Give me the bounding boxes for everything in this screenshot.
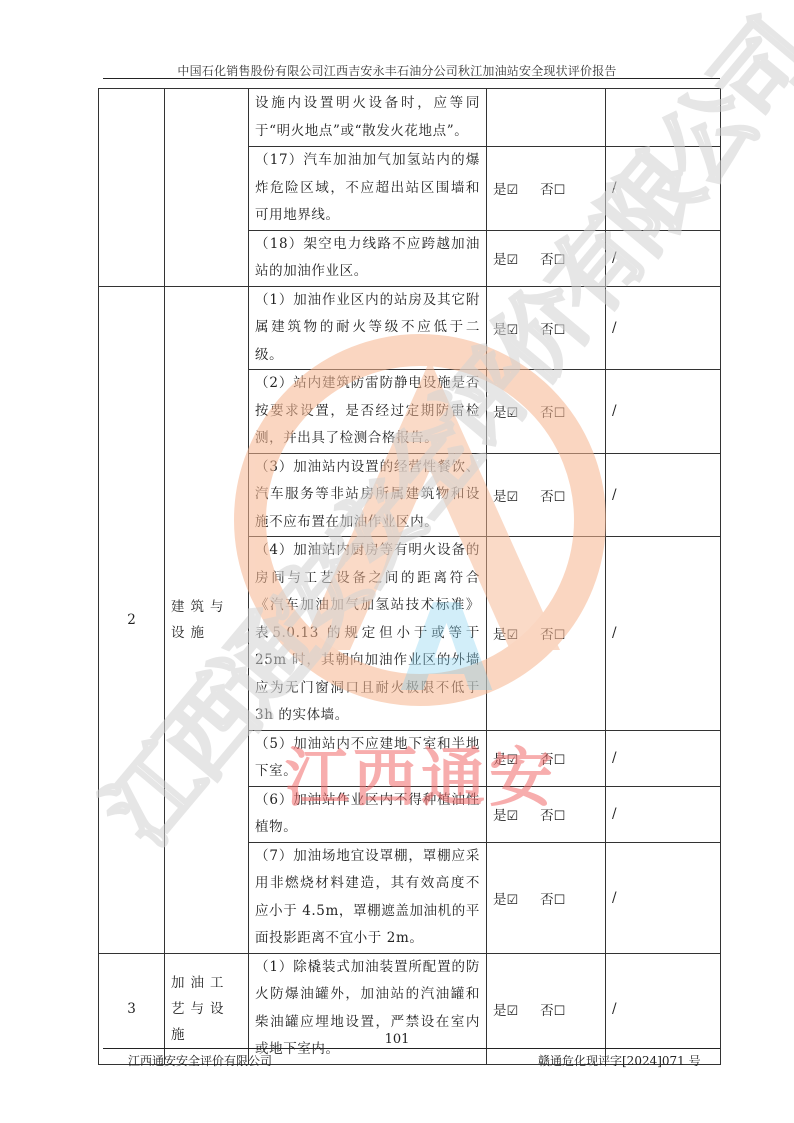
check-result: 是☑否☐ — [487, 786, 606, 842]
yes-label: 是 — [493, 892, 507, 908]
unchecked-box-icon[interactable]: ☐ — [554, 1004, 566, 1019]
unchecked-box-icon[interactable]: ☐ — [554, 628, 566, 643]
check-result: 是☑否☐ — [487, 230, 606, 286]
section-category: 建筑与设施 — [165, 286, 249, 953]
remark: / — [606, 786, 721, 842]
checked-box-icon[interactable]: ☑ — [507, 809, 519, 824]
remark: / — [606, 147, 721, 231]
unchecked-box-icon[interactable]: ☐ — [554, 323, 566, 338]
requirement-text: （3）加油站内设置的经营性餐饮、汽车服务等非站房所属建筑物和设施不应布置在加油作… — [249, 453, 487, 537]
checked-box-icon[interactable]: ☑ — [507, 323, 519, 338]
yes-label: 是 — [493, 1003, 507, 1019]
requirement-text: （17）汽车加油加气加氢站内的爆炸危险区域，不应超出站区围墙和可用地界线。 — [249, 147, 487, 231]
no-label: 否 — [540, 182, 554, 198]
yes-label: 是 — [493, 752, 507, 768]
report-header-title: 中国石化销售股份有限公司江西吉安永丰石油分公司秋江加油站安全现状评价报告 — [0, 62, 794, 79]
requirement-text: 设施内设置明火设备时，应等同于“明火地点”或“散发火花地点”。 — [249, 89, 487, 147]
checked-box-icon[interactable]: ☑ — [507, 893, 519, 908]
no-label: 否 — [540, 489, 554, 505]
requirement-text: （5）加油站内不应建地下室和半地下室。 — [249, 730, 487, 786]
check-result — [487, 89, 606, 147]
footer-divider — [103, 1048, 720, 1049]
unchecked-box-icon[interactable]: ☐ — [554, 406, 566, 421]
check-result: 是☑否☐ — [487, 537, 606, 731]
yes-label: 是 — [493, 252, 507, 268]
section-number: 2 — [99, 286, 165, 953]
remark: / — [606, 453, 721, 537]
checked-box-icon[interactable]: ☑ — [507, 1004, 519, 1019]
requirement-text: （4）加油站内厨房等有明火设备的房间与工艺设备之间的距离符合《汽车加油加气加氢站… — [249, 537, 487, 731]
header-divider — [103, 78, 720, 79]
remark — [606, 89, 721, 147]
remark: / — [606, 286, 721, 370]
requirement-text: （18）架空电力线路不应跨越加油站的加油作业区。 — [249, 230, 487, 286]
check-result: 是☑否☐ — [487, 453, 606, 537]
no-label: 否 — [540, 1003, 554, 1019]
evaluation-checklist-table: 设施内设置明火设备时，应等同于“明火地点”或“散发火花地点”。（17）汽车加油加… — [98, 88, 721, 1065]
checked-box-icon[interactable]: ☑ — [507, 753, 519, 768]
yes-label: 是 — [493, 182, 507, 198]
no-label: 否 — [540, 892, 554, 908]
yes-label: 是 — [493, 322, 507, 338]
requirement-text: （6）加油站作业区内不得种植油性植物。 — [249, 786, 487, 842]
footer-doc-number: 赣通危化现评字[2024]071 号 — [538, 1052, 701, 1069]
no-label: 否 — [540, 627, 554, 643]
check-result: 是☑否☐ — [487, 730, 606, 786]
remark: / — [606, 730, 721, 786]
check-result: 是☑否☐ — [487, 370, 606, 454]
remark: / — [606, 842, 721, 953]
checked-box-icon[interactable]: ☑ — [507, 490, 519, 505]
section-category — [165, 89, 249, 287]
remark: / — [606, 537, 721, 731]
footer-company: 江西通安安全评价有限公司 — [128, 1052, 272, 1069]
no-label: 否 — [540, 808, 554, 824]
remark: / — [606, 230, 721, 286]
unchecked-box-icon[interactable]: ☐ — [554, 753, 566, 768]
remark: / — [606, 370, 721, 454]
checked-box-icon[interactable]: ☑ — [507, 253, 519, 268]
no-label: 否 — [540, 322, 554, 338]
yes-label: 是 — [493, 808, 507, 824]
check-result: 是☑否☐ — [487, 842, 606, 953]
section-number — [99, 89, 165, 287]
table-row: 2建筑与设施（1）加油作业区内的站房及其它附属建筑物的耐火等级不应低于二级。是☑… — [99, 286, 721, 370]
unchecked-box-icon[interactable]: ☐ — [554, 490, 566, 505]
yes-label: 是 — [493, 405, 507, 421]
checked-box-icon[interactable]: ☑ — [507, 406, 519, 421]
no-label: 否 — [540, 252, 554, 268]
unchecked-box-icon[interactable]: ☐ — [554, 893, 566, 908]
table-row: 设施内设置明火设备时，应等同于“明火地点”或“散发火花地点”。 — [99, 89, 721, 147]
unchecked-box-icon[interactable]: ☐ — [554, 183, 566, 198]
no-label: 否 — [540, 405, 554, 421]
requirement-text: （1）加油作业区内的站房及其它附属建筑物的耐火等级不应低于二级。 — [249, 286, 487, 370]
check-result: 是☑否☐ — [487, 147, 606, 231]
checked-box-icon[interactable]: ☑ — [507, 183, 519, 198]
requirement-text: （2）站内建筑防雷防静电设施是否按要求设置，是否经过定期防雷检测，并出具了检测合… — [249, 370, 487, 454]
no-label: 否 — [540, 752, 554, 768]
requirement-text: （7）加油场地宜设罩棚，罩棚应采用非燃烧材料建造，其有效高度不应小于 4.5m，… — [249, 842, 487, 953]
page-number: 101 — [0, 1032, 794, 1047]
yes-label: 是 — [493, 489, 507, 505]
unchecked-box-icon[interactable]: ☐ — [554, 253, 566, 268]
checked-box-icon[interactable]: ☑ — [507, 628, 519, 643]
unchecked-box-icon[interactable]: ☐ — [554, 809, 566, 824]
yes-label: 是 — [493, 627, 507, 643]
check-result: 是☑否☐ — [487, 286, 606, 370]
